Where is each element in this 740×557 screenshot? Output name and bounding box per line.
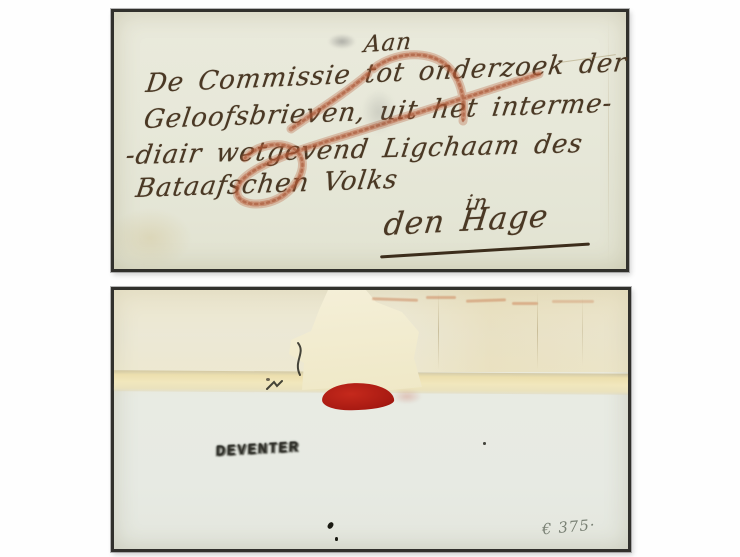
paper-crease (537, 292, 538, 370)
ink-speck (483, 442, 486, 445)
auction-lot-photo: Aan De Commissie tot onderzoek der Geloo… (0, 0, 740, 557)
ink-speck (335, 537, 338, 541)
paper-crease (582, 296, 583, 366)
ink-speck (266, 378, 270, 381)
paper-stain (108, 208, 192, 268)
ink-smudge (328, 34, 356, 49)
ink-smudge (362, 90, 396, 134)
paper-crease (608, 16, 609, 264)
letter-back: DEVENTER € 375· (111, 287, 631, 552)
ink-squiggle (114, 290, 628, 549)
paper-crease (438, 292, 439, 370)
letter-front: Aan De Commissie tot onderzoek der Geloo… (111, 9, 629, 272)
